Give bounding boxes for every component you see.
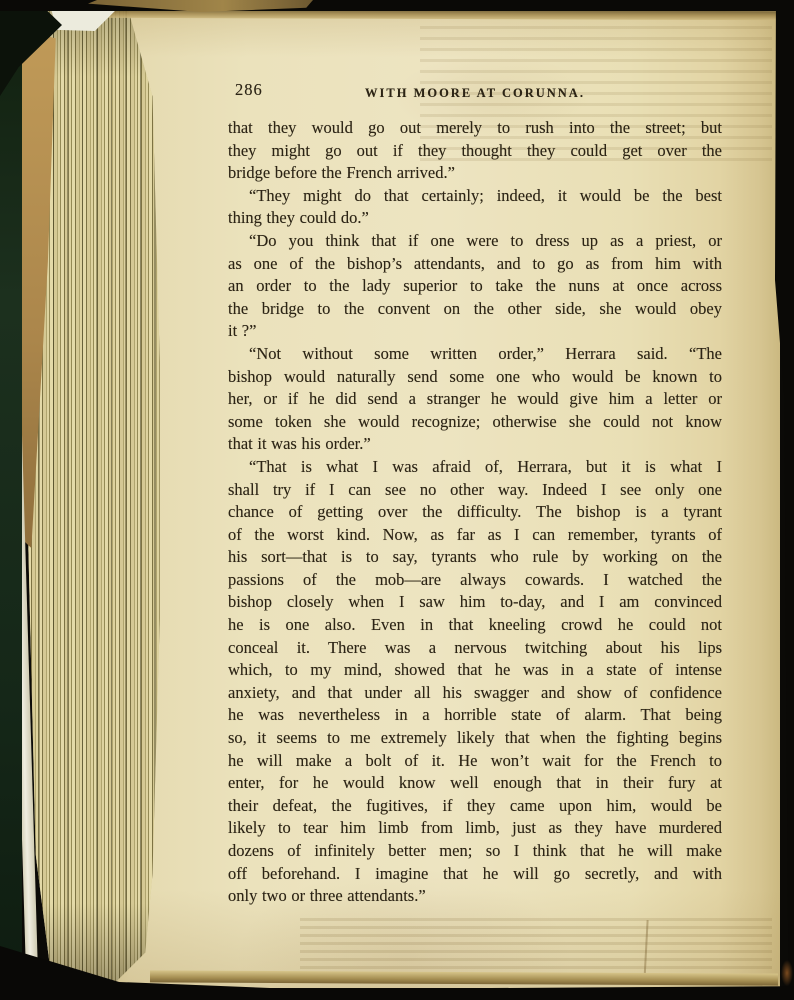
text-line: conceal it. There was a nervous twitchin… xyxy=(228,637,722,660)
paragraph: that they would go out merely to rush in… xyxy=(228,117,722,185)
text-line: of the worst kind. Now, as far as I can … xyxy=(228,524,722,547)
text-line: which, to my mind, showed that he was in… xyxy=(228,659,722,682)
text-line: bishop would naturally send some one who… xyxy=(228,366,722,389)
text-line: an order to the lady superior to take th… xyxy=(228,275,722,298)
text-line: some token she would recognize; otherwis… xyxy=(228,411,722,434)
text-line: enter, for he would know well enough tha… xyxy=(228,772,722,795)
text-line: chance of getting over the difficulty. T… xyxy=(228,501,722,524)
text-line: that they would go out merely to rush in… xyxy=(228,117,722,140)
text-line: he will make a bolt of it. He won’t wait… xyxy=(228,750,722,773)
text-line: thing they could do.” xyxy=(228,207,722,230)
text-line: “They might do that certainly; indeed, i… xyxy=(228,185,722,208)
running-title: WITH MOORE AT CORUNNA. xyxy=(228,79,722,104)
text-line: passions of the mob—are always cowards. … xyxy=(228,569,722,592)
page-header: 286 WITH MOORE AT CORUNNA. xyxy=(228,79,722,101)
text-line: bishop closely when I saw him to-day, an… xyxy=(228,591,722,614)
paragraph: “Do you think that if one were to dress … xyxy=(228,230,722,343)
text-line: only two or three attendants.” xyxy=(228,885,722,908)
text-line: so, it seems to me extremely likely that… xyxy=(228,727,722,750)
text-line: her, or if he did send a stranger he wou… xyxy=(228,388,722,411)
text-line: shall try if I can see no other way. Ind… xyxy=(228,479,722,502)
text-line: “That is what I was afraid of, Herrara, … xyxy=(228,456,722,479)
foxing-spot xyxy=(781,960,793,986)
text-line: likely to tear him limb from limb, just … xyxy=(228,817,722,840)
text-block: that they would go out merely to rush in… xyxy=(228,117,722,908)
printed-content: 286 WITH MOORE AT CORUNNA. that they wou… xyxy=(228,0,722,1000)
paragraph: “That is what I was afraid of, Herrara, … xyxy=(228,456,722,908)
text-line: anxiety, and that under all his swagger … xyxy=(228,682,722,705)
text-line: it ?” xyxy=(228,320,722,343)
text-line: his sort—that is to say, tyrants who rul… xyxy=(228,546,722,569)
text-line: he was nevertheless in a horrible state … xyxy=(228,704,722,727)
text-line: bridge before the French arrived.” xyxy=(228,162,722,185)
text-line: that it was his order.” xyxy=(228,433,722,456)
text-line: off beforehand. I imagine that he will g… xyxy=(228,863,722,886)
text-line: “Not without some written order,” Herrar… xyxy=(228,343,722,366)
text-line: dozens of infinitely better men; so I th… xyxy=(228,840,722,863)
text-line: the bridge to the convent on the other s… xyxy=(228,298,722,321)
paragraph: “They might do that certainly; indeed, i… xyxy=(228,185,722,230)
text-line: he is one also. Even in that kneeling cr… xyxy=(228,614,722,637)
page-number: 286 xyxy=(235,79,263,101)
book-cover-edge xyxy=(0,0,22,1000)
text-line: as one of the bishop’s attendants, and t… xyxy=(228,253,722,276)
text-line: their defeat, the fugitives, if they cam… xyxy=(228,795,722,818)
book-scan: 286 WITH MOORE AT CORUNNA. that they wou… xyxy=(0,0,794,1000)
text-line: they might go out if they thought they c… xyxy=(228,140,722,163)
paragraph: “Not without some written order,” Herrar… xyxy=(228,343,722,456)
text-line: “Do you think that if one were to dress … xyxy=(228,230,722,253)
